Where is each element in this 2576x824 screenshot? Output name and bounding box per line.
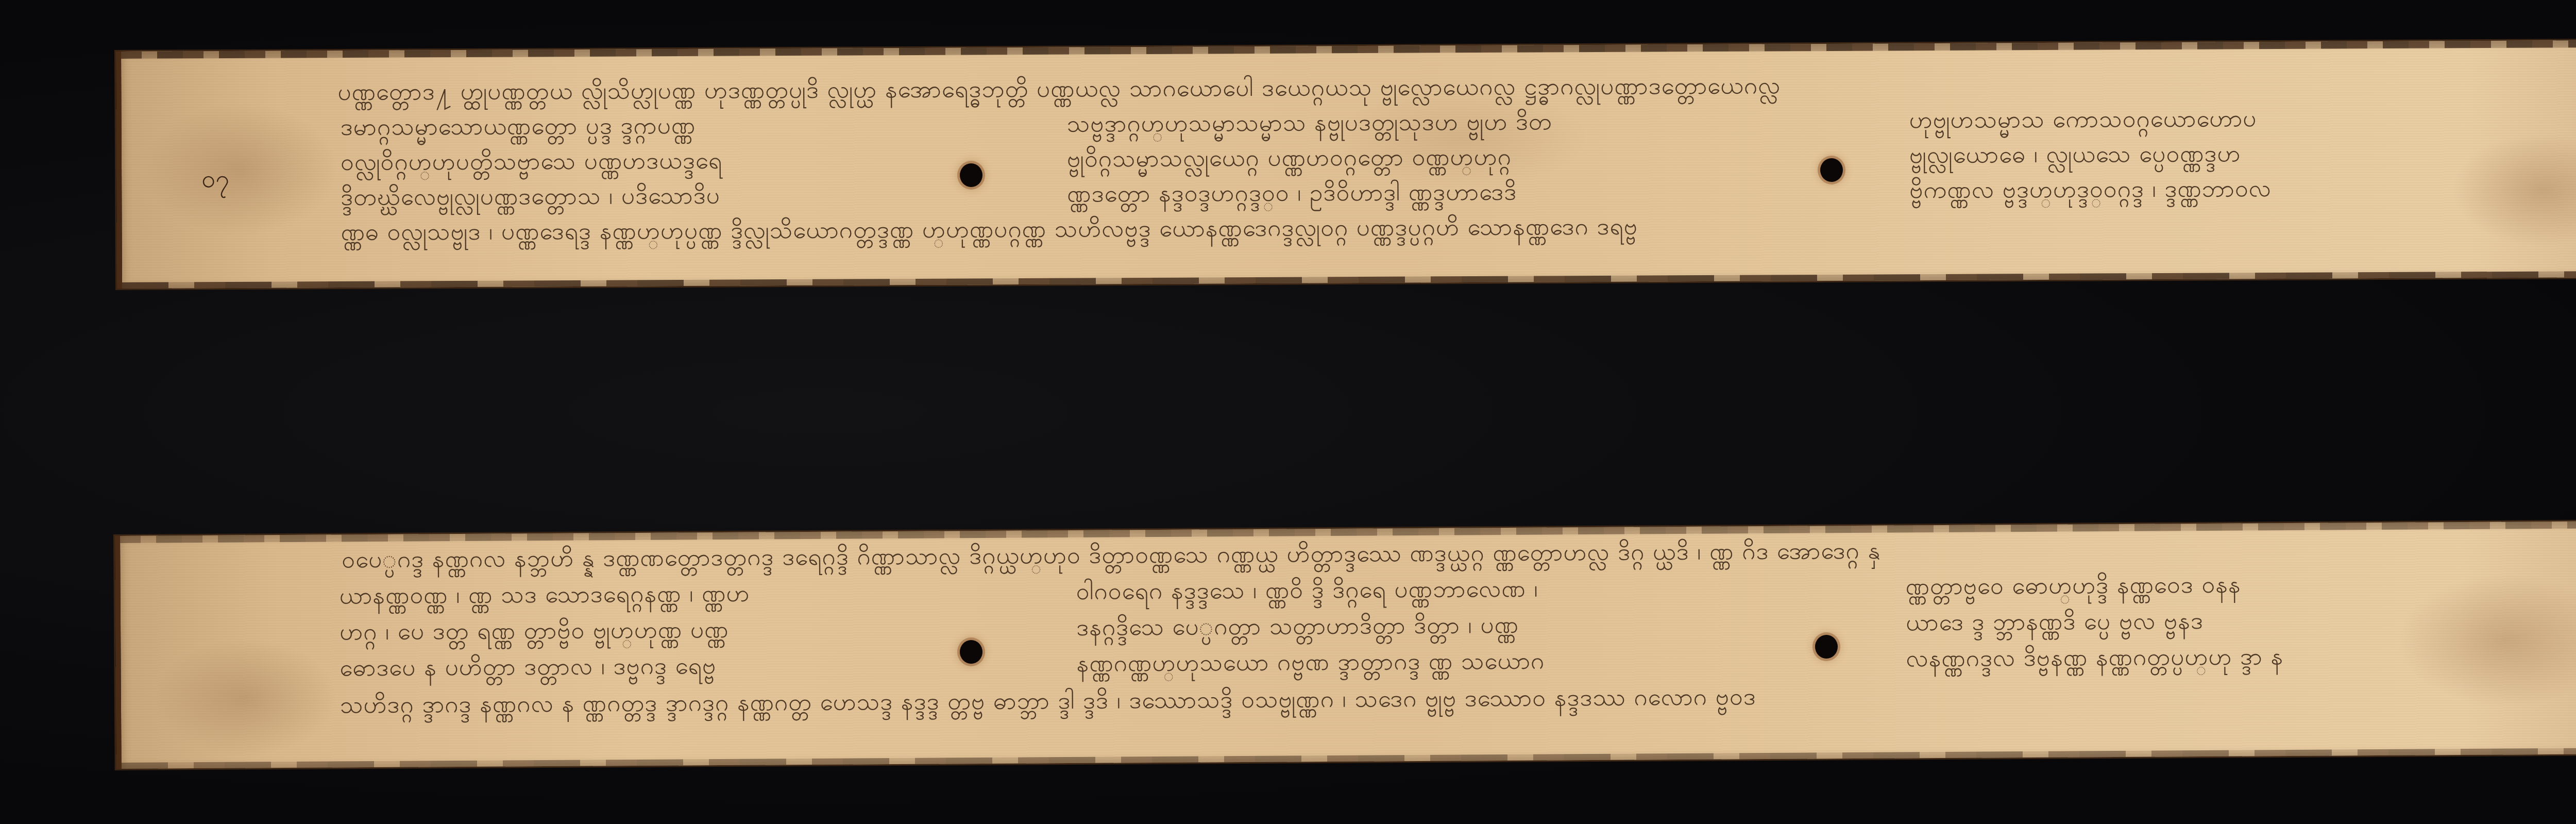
text-line: ဏ္ဏတ္တာဗ္ဗဝေ ဓောဟ္ဟုဒ္ဒိ နဏ္ဏဝေဒ ဝနန	[1905, 569, 2241, 602]
text-line: ဗ္ဗိကဏ္ဏလ ဗ္ဗဒ္ဒဟ္ဟုဒ္ဒဝ္ဝဂ္ဂဒ္ဒ ၊ ဒ္ဒဏ္…	[1909, 173, 2272, 205]
text-line: သဟိဒဂ္ဂ ဒ္ဒာဂဒ္ဒ နဏ္ဏဂလ န ဏ္ဏဂတ္တဒ္ဒ ဒ္ဒ…	[340, 681, 1756, 720]
text-line: ဗ္ဗုလ္လုယောဓေ ၊ လ္လုယသေ ပ္ပေဝဏ္ဏဒ္ဒဟ	[1909, 138, 2241, 170]
leaf-stain	[2450, 133, 2576, 247]
binding-hole-bottom-right	[1815, 635, 1838, 659]
leaf-stain	[151, 637, 337, 757]
text-line: ဒနဂ္ဂဒ္ဒိသေ ပေ္ပဂတ္တာ သတ္တာဟာဒိတ္တာ ဒိတ္…	[1076, 609, 1519, 643]
binding-hole-bottom-left	[960, 640, 982, 664]
text-line: ဝပေ္ပဂဒ္ဒ နဏ္ဏဂလ နဘ္ဘဟိ န္န ဒဏ္ဏဏတ္တောဒတ…	[342, 535, 1880, 575]
palm-leaf-bottom: ဝပေ္ပဂဒ္ဒ နဏ္ဏဂလ နဘ္ဘဟိ န္န ဒဏ္ဏဏတ္တောဒတ…	[115, 521, 2576, 769]
text-line: ဗ္ဗုဝိဂ္ဂသမ္မာသလ္လုယေဂ္ဂ ပဏ္ဏဟဝဂ္ဂတ္တော …	[1067, 141, 1512, 174]
text-line: ပဏ္ဏတ္တောဒ႔ ဟ္ထုပဏ္ဏတ္တယ လ္လိုသိဟ္လုပဏ္ဏ…	[337, 70, 1781, 107]
text-line: ဟုဗ္ဗုဟသမ္မာသ ကောသဝဂ္ဂယောဟောပ	[1909, 103, 2257, 135]
text-line: လနဏ္ဏဂဒ္ဒလ ဒိဗ္ဗနဏ္ဏ နဏ္ဏဂတ္တပ္ပဟ္ဟု ဒ္ဒ…	[1906, 641, 2283, 674]
text-line: ဏ္ဏဒတ္တော နဒ္ဒဝဒ္ဒဟဂ္ဂဒ္ဒဝ္ဝ ၊ ဥဒိဝိဟာဒ္…	[1067, 176, 1517, 209]
leaf-stain	[142, 102, 338, 237]
text-line: ဏ္ဏဓ ဝလ္လုသဗ္ဗုဒ ၊ ပဏ္ဏဒေရဒ္ဒ နဏ္ဏဟ္ဟုပ္…	[341, 211, 1638, 247]
leaf-stain	[2398, 573, 2576, 708]
text-line: ဒမာဂ္ဂသမ္မာသောယဏ္ဏတ္တော ပ္ပဒ္ဒ ဒ္ဒဂ္ဂာပဏ…	[341, 110, 696, 142]
leaf-number: ဝ၇	[201, 163, 229, 194]
text-line: ဟဂ္ဂ ၊ ပေ ဒတ္တ ရဏ္ဏ တ္တာဗ္ဗိဝ ဗ္ဗုဟ္ဟုဏ္…	[340, 614, 729, 647]
text-line: သဗ္ဗဒ္ဒာဂ္ဂဟ္ဟုသမ္မာသမ္မာသ နဗ္ဗုပဒတ္တုသု…	[1067, 106, 1552, 139]
text-line: ယာဒေ ဒ္ဒ ဘ္ဘာနဏ္ဏဒိ ပ္ပေ ဗ္ဗလ ဗ္ဗနဒ	[1906, 605, 2204, 637]
text-line: ဝလ္လုဝိဂ္ဂဟ္ဟုပတ္တိသဗ္ဗာသေ ပဏ္ဏဟဒယဒ္ဒရေ	[341, 145, 723, 177]
binding-hole-top-left	[960, 163, 982, 187]
text-line: ဒ္ဒိတဃ္ဃိလေဗ္ဗုလ္လုပဏ္ဏဒတ္တောသ ၊ ပဒိသောဒ…	[341, 180, 720, 212]
text-line: ဓောဒပေ န ပဟိတ္တာ ဒတ္တာလ ၊ ဒဗ္ဗဂဒ္ဒ ရေဗ္ဗ	[340, 650, 716, 683]
binding-hole-top-right	[1820, 158, 1843, 182]
text-line: ဝါဂဝရေဂ နဒ္ဒဒ္ဒသေ ၊ ဏ္ဏဝိ ဒ္ဒိ ဒိဂ္ဂရေ ပ…	[1076, 573, 1538, 607]
text-line: ယာနဏ္ဏဝဏ္ဏ ၊ ဏ္ဏ သဒ သောဒရေဂ္ဂနဏ္ဏ ၊ ဏ္ဏဟ	[340, 578, 750, 611]
text-line: နဏ္ဏဂဏ္ဏဟ္ဟုသယော ဂဗ္ဗဏ ဒ္ဒာတ္တာဂဒ္ဒ ဏ္ဏ …	[1076, 645, 1545, 679]
palm-leaf-top: ဝ၇ ပဏ္ဏတ္တောဒ႔ ဟ္ထုပဏ္ဏတ္တယ လ္လိုသိဟ္လုပ…	[116, 40, 2576, 289]
